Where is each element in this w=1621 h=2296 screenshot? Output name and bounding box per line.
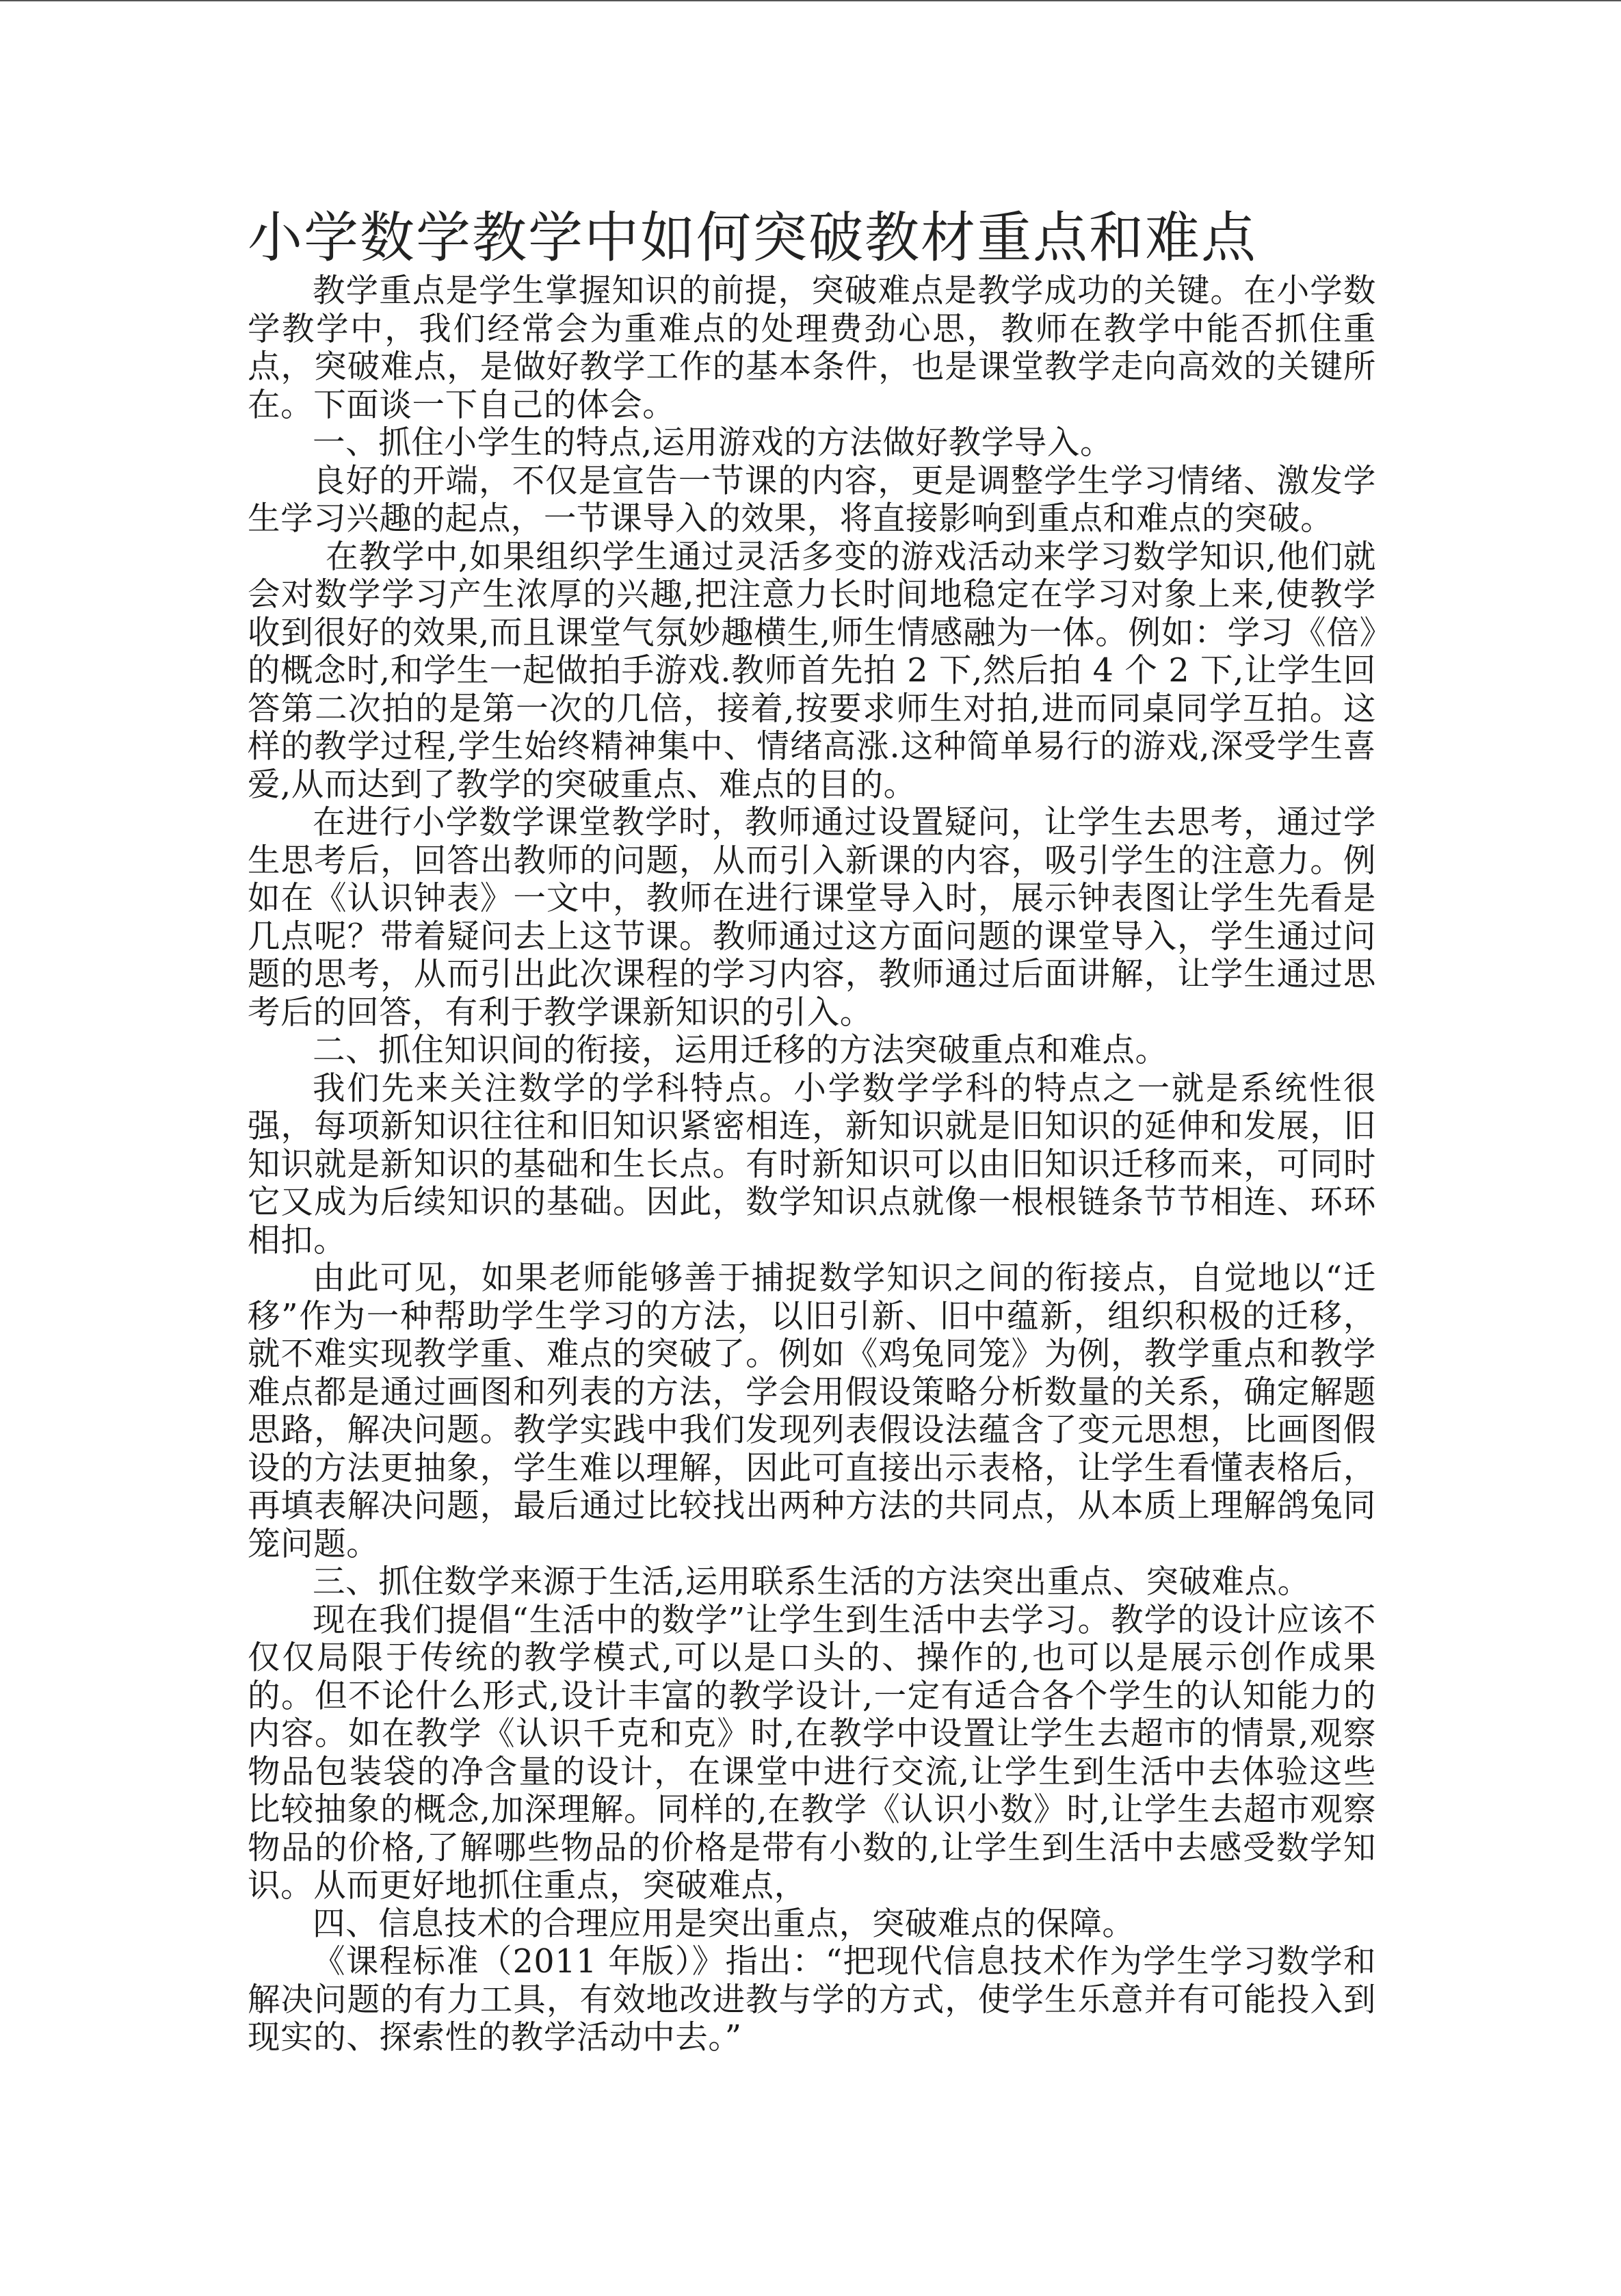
page-top-border [0, 0, 1621, 1]
section-heading-2: 二、抓住知识间的衔接，运用迁移的方法突破重点和难点。 [248, 1032, 1376, 1070]
document-title: 小学数学教学中如何突破教材重点和难点 [248, 204, 1376, 272]
section-heading-3: 三、抓住数学来源于生活,运用联系生活的方法突出重点、突破难点。 [248, 1563, 1376, 1602]
body-paragraph: 现在我们提倡“生活中的数学”让学生到生活中去学习。教学的设计应该不仅仅局限于传统… [248, 1602, 1376, 1905]
body-paragraph: 在教学中,如果组织学生通过灵活多变的游戏活动来学习数学知识,他们就会对数学学习产… [248, 538, 1376, 805]
section-heading-4: 四、信息技术的合理应用是突出重点，突破难点的保障。 [248, 1905, 1376, 1944]
body-paragraph: 《课程标准（2011 年版）》指出：“把现代信息技术作为学生学习数学和解决问题的… [248, 1943, 1376, 2057]
intro-paragraph: 教学重点是学生掌握知识的前提，突破难点是教学成功的关键。在小学数学教学中，我们经… [248, 272, 1376, 424]
body-paragraph: 在进行小学数学课堂教学时，教师通过设置疑问，让学生去思考，通过学生思考后，回答出… [248, 804, 1376, 1032]
body-paragraph: 我们先来关注数学的学科特点。小学数学学科的特点之一就是系统性很强，每项新知识往往… [248, 1070, 1376, 1260]
body-paragraph: 良好的开端，不仅是宣告一节课的内容，更是调整学生学习情绪、激发学生学习兴趣的起点… [248, 462, 1376, 538]
section-heading-1: 一、抓住小学生的特点,运用游戏的方法做好教学导入。 [248, 424, 1376, 462]
document-page: 小学数学教学中如何突破教材重点和难点 教学重点是学生掌握知识的前提，突破难点是教… [248, 204, 1376, 2057]
body-paragraph: 由此可见，如果老师能够善于捕捉数学知识之间的衔接点，自觉地以“迁移”作为一种帮助… [248, 1260, 1376, 1563]
